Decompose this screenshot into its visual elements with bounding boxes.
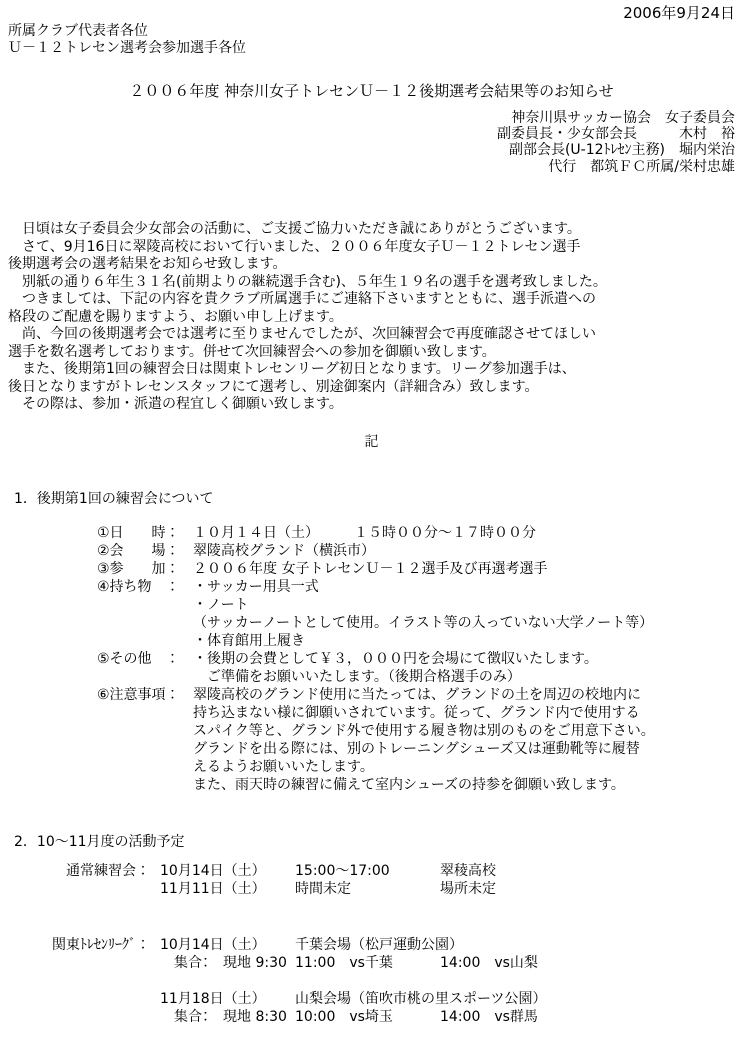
body-line: その際は、参加・派遣の程宜しく御願い致します。 <box>8 396 607 414</box>
row-label <box>0 1008 150 1026</box>
item-datetime: ①日 時： １０月１４日（土） １５時００分～１７時００分 <box>97 524 655 542</box>
item-label: ④持ち物 ： <box>97 578 193 596</box>
item-belongings: ④持ち物 ： ・サッカー用具一式 ・ノート （サッカーノートとして使用。イラスト… <box>97 578 655 650</box>
item-value: 翠陵高校のグランド使用に当たっては、グランドの土を周辺の校地内に <box>193 686 655 704</box>
row-label: 関東ﾄﾚｾﾝﾘｰｸﾞ： <box>0 936 150 954</box>
row-meetup: 集合： 現地 9:30 <box>160 954 295 972</box>
item-value: ・体育館用上履き <box>193 632 655 650</box>
section1-item-list: ①日 時： １０月１４日（土） １５時００分～１７時００分 ②会 場： 翠陵高校… <box>97 524 655 794</box>
item-value: 翠陵高校グランド（横浜市） <box>193 542 655 560</box>
item-value: ・ノート <box>193 596 655 614</box>
body-line: つきましては、下記の内容を貴クラブ所属選手にご連絡下さいますとともに、選手派遣へ… <box>8 291 607 309</box>
row-date: 10月14日（土） <box>160 936 295 954</box>
sender-block: 神奈川県サッカー協会 女子委員会 副委員長・少女部会長 木村 裕 副部会長(U-… <box>497 110 735 175</box>
item-value: スパイク等と、グランド外で使用する履き物は別のものをご用意下さい。 <box>193 722 655 740</box>
body-line: 選手を数名選考しております。併せて次回練習会への参加を御願い致します。 <box>8 344 607 362</box>
item-participants: ③参 加： ２００６年度 女子トレセンＵ－１２選手及び再選考選手 <box>97 560 655 578</box>
item-value: グランドを出る際には、別のトレーニングシューズ又は運動靴等に履替 <box>193 740 655 758</box>
table-row: 11月18日（土） 山梨会場（笛吹市桃の里スポーツ公園） <box>0 990 743 1008</box>
row-place: 翠稜高校 <box>440 862 743 880</box>
row-time: 15:00～17:00 <box>295 862 440 880</box>
row-date: 11月11日（土） <box>160 880 295 898</box>
item-value: ・後期の会費として￥３，０００円を会場にて徴収いたします。 <box>193 650 655 668</box>
row-place: 場所未定 <box>440 880 743 898</box>
row-label <box>0 880 150 898</box>
body-line: 別紙の通り６年生３１名(前期よりの継続選手含む)、５年生１９名の選手を選考致しま… <box>8 274 607 292</box>
document-page: { "doc": { "date": "2006年9月24日", "recipi… <box>0 0 743 1043</box>
record-marker: 記 <box>0 431 743 451</box>
item-value: また、雨天時の練習に備えて室内シューズの持参を御願い致します。 <box>193 776 655 794</box>
item-other: ⑤その他 ： ・後期の会費として￥３，０００円を会場にて徴収いたします。 ご準備… <box>97 650 655 686</box>
table-row: 集合： 現地 9:30 11:00 vs千葉 14:00 vs山梨 <box>0 954 743 972</box>
recipient-block: 所属クラブ代表者各位 Ｕ－１２トレセン選考会参加選手各位 <box>8 23 246 56</box>
document-title: ２００６年度 神奈川女子トレセンＵ－１２後期選考会結果等のお知らせ <box>0 80 743 101</box>
document-date: 2006年9月24日 <box>623 2 735 23</box>
body-line: 格段のご配慮を賜りますよう、お願い申し上げます。 <box>8 309 607 327</box>
item-label: ⑤その他 ： <box>97 650 193 668</box>
item-label: ①日 時： <box>97 524 193 542</box>
item-value: １０月１４日（土） １５時００分～１７時００分 <box>193 524 655 542</box>
sender-agent: 代行 都筑ＦＣ所属/栄村忠雄 <box>497 159 735 175</box>
row-match1: 11:00 vs千葉 <box>295 954 440 972</box>
row-venue: 山梨会場（笛吹市桃の里スポーツ公園） <box>295 990 440 1008</box>
recipient-line: 所属クラブ代表者各位 <box>8 23 246 40</box>
section1-heading: 1．後期第1回の練習会について <box>14 488 214 508</box>
body-paragraphs: 日頃は女子委員会少女部会の活動に、ご支援ご協力いただき誠にありがとうございます。… <box>8 221 607 414</box>
body-line: 尚、今回の後期選考会では選考に至りませんでしたが、次回練習会で再度確認させてほし… <box>8 326 607 344</box>
table-row: 11月11日（土） 時間未定 場所未定 <box>0 880 743 898</box>
table-row: 集合： 現地 8:30 10:00 vs埼玉 14:00 vs群馬 <box>0 1008 743 1026</box>
row-venue: 千葉会場（松戸運動公園） <box>295 936 440 954</box>
sender-organization: 神奈川県サッカー協会 女子委員会 <box>497 110 735 126</box>
item-value: ・サッカー用具一式 <box>193 578 655 596</box>
item-value: （サッカーノートとして使用。イラスト等の入っていない大学ノート等） <box>193 614 655 632</box>
item-venue: ②会 場： 翠陵高校グランド（横浜市） <box>97 542 655 560</box>
row-match2: 14:00 vs山梨 <box>440 954 743 972</box>
row-label <box>0 990 150 1008</box>
row-match2: 14:00 vs群馬 <box>440 1008 743 1026</box>
row-match1: 10:00 vs埼玉 <box>295 1008 440 1026</box>
sender-vice-head: 副部会長(U-12ﾄﾚｾﾝ主務) 堀内栄治 <box>497 142 735 158</box>
item-label: ③参 加： <box>97 560 193 578</box>
section2-heading: 2．10～11月度の活動予定 <box>14 831 185 851</box>
row-place <box>440 990 743 1008</box>
item-value: えるようお願いいたします。 <box>193 758 655 776</box>
body-line: さて、9月16日に翠陵高校において行いました、２００６年度女子Ｕ－１２トレセン選… <box>8 239 607 257</box>
item-label: ⑥注意事項： <box>97 686 193 704</box>
row-place <box>440 936 743 954</box>
sender-vice-chair: 副委員長・少女部会長 木村 裕 <box>497 126 735 142</box>
table-row: 通常練習会： 10月14日（土） 15:00～17:00 翠稜高校 <box>0 862 743 880</box>
row-time: 時間未定 <box>295 880 440 898</box>
schedule-table: 通常練習会： 10月14日（土） 15:00～17:00 翠稜高校 11月11日… <box>0 862 743 1026</box>
body-line: 日頃は女子委員会少女部会の活動に、ご支援ご協力いただき誠にありがとうございます。 <box>8 221 607 239</box>
item-value: ご準備をお願いいたします。（後期合格選手のみ） <box>193 668 655 686</box>
table-row: 関東ﾄﾚｾﾝﾘｰｸﾞ： 10月14日（土） 千葉会場（松戸運動公園） <box>0 936 743 954</box>
body-line: 後期選考会の選考結果をお知らせ致します。 <box>8 256 607 274</box>
item-value: ２００６年度 女子トレセンＵ－１２選手及び再選考選手 <box>193 560 655 578</box>
row-label: 通常練習会： <box>0 862 150 880</box>
row-date: 11月18日（土） <box>160 990 295 1008</box>
row-date: 10月14日（土） <box>160 862 295 880</box>
item-value: 持ち込まない様に御願いされています。従って、グランド内で使用する <box>193 704 655 722</box>
row-label <box>0 954 150 972</box>
item-label: ②会 場： <box>97 542 193 560</box>
body-line: また、後期第1回の練習会日は関東トレセンリーグ初日となります。リーグ参加選手は、 <box>8 361 607 379</box>
body-line: 後日となりますがトレセンスタッフにて選考し、別途御案内（詳細含み）致します。 <box>8 379 607 397</box>
item-notes: ⑥注意事項： 翠陵高校のグランド使用に当たっては、グランドの土を周辺の校地内に … <box>97 686 655 794</box>
row-meetup: 集合： 現地 8:30 <box>160 1008 295 1026</box>
recipient-line: Ｕ－１２トレセン選考会参加選手各位 <box>8 40 246 57</box>
